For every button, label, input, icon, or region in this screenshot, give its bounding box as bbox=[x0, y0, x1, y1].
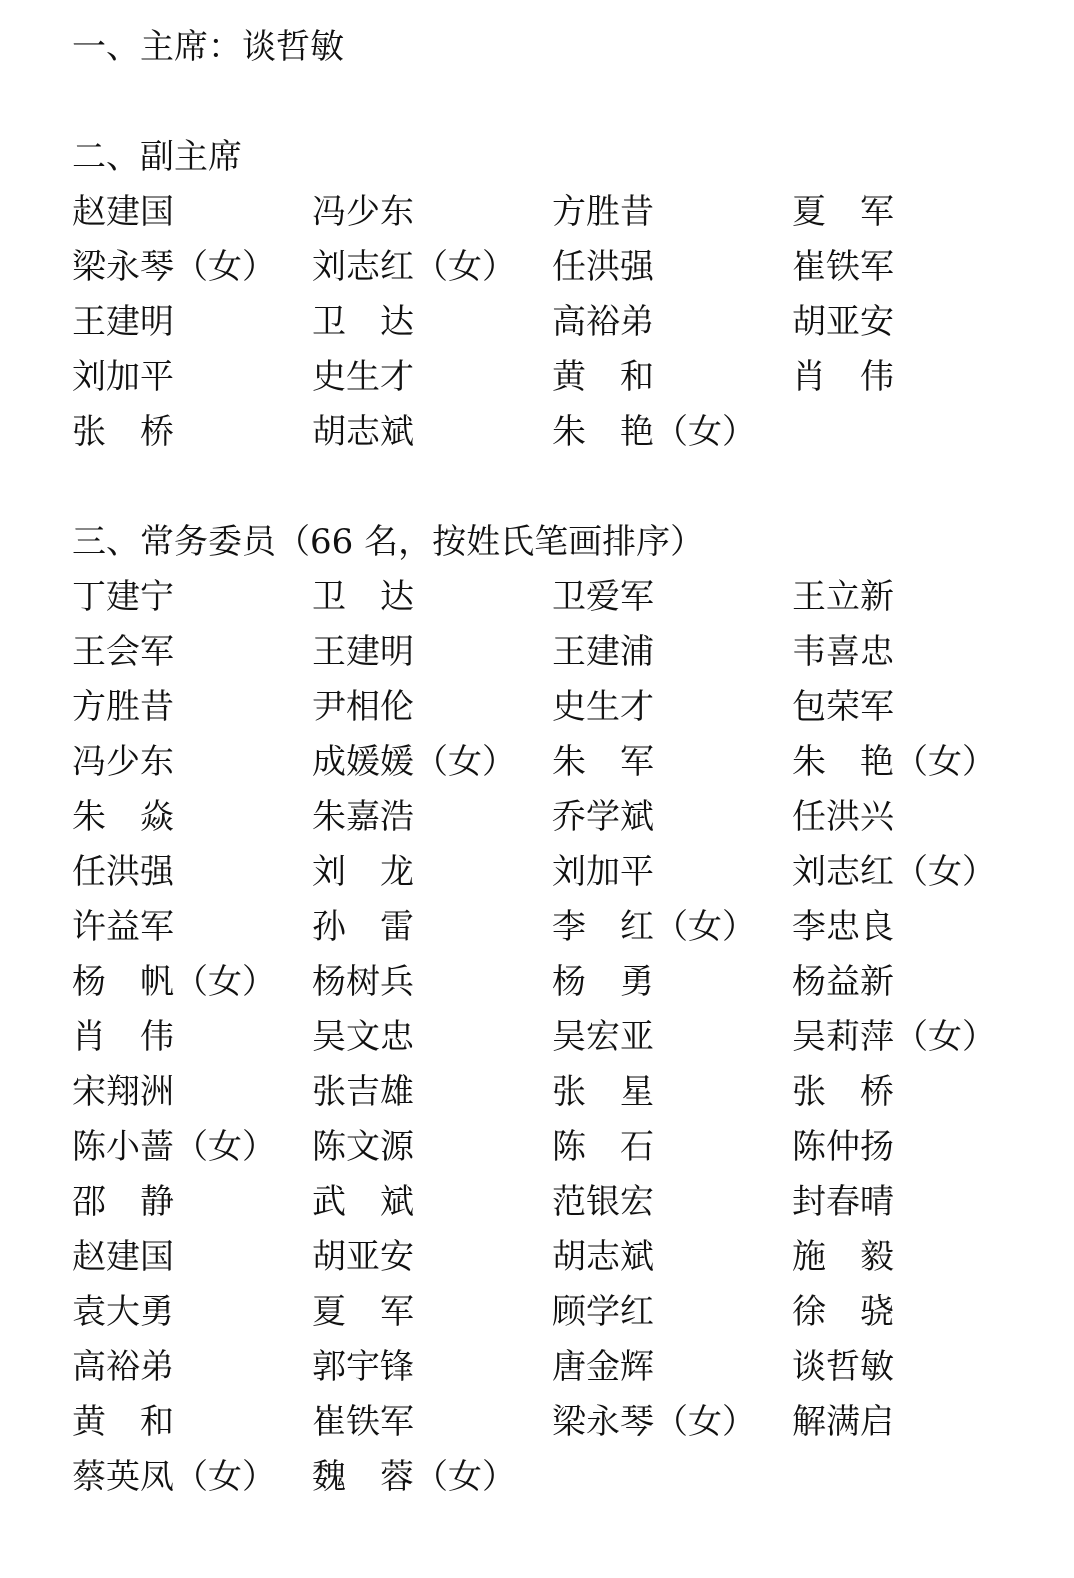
section-heading-standing-committee: 三、常务委员（66 名，按姓氏笔画排序） bbox=[72, 515, 1052, 570]
name-entry: 刘 龙 bbox=[312, 845, 552, 900]
name-entry: 黄 和 bbox=[552, 350, 792, 405]
name-entry: 丁建宁 bbox=[72, 570, 312, 625]
name-entry: 成媛媛（女） bbox=[312, 735, 552, 790]
name-entry: 孙 雷 bbox=[312, 900, 552, 955]
name-entry: 刘志红（女） bbox=[312, 240, 552, 295]
name-entry: 张 星 bbox=[552, 1065, 792, 1120]
name-entry: 刘加平 bbox=[72, 350, 312, 405]
vice-chairmen-name-grid: 赵建国冯少东方胜昔夏 军梁永琴（女）刘志红（女）任洪强崔铁军王建明卫 达高裕弟胡… bbox=[72, 185, 1052, 460]
name-entry: 顾学红 bbox=[552, 1285, 792, 1340]
name-entry: 崔铁军 bbox=[312, 1395, 552, 1450]
name-entry: 梁永琴（女） bbox=[552, 1395, 792, 1450]
name-entry: 任洪兴 bbox=[792, 790, 1032, 845]
name-entry: 肖 伟 bbox=[792, 350, 1032, 405]
name-entry: 邵 静 bbox=[72, 1175, 312, 1230]
name-entry: 高裕弟 bbox=[72, 1340, 312, 1395]
name-entry: 谈哲敏 bbox=[792, 1340, 1032, 1395]
name-entry: 徐 骁 bbox=[792, 1285, 1032, 1340]
name-entry: 陈文源 bbox=[312, 1120, 552, 1175]
name-entry: 朱 艳（女） bbox=[792, 735, 1032, 790]
name-entry: 王会军 bbox=[72, 625, 312, 680]
name-entry: 封春晴 bbox=[792, 1175, 1032, 1230]
name-entry: 魏 蓉（女） bbox=[312, 1450, 552, 1505]
name-entry: 刘加平 bbox=[552, 845, 792, 900]
name-entry: 蔡英凤（女） bbox=[72, 1450, 312, 1505]
name-entry: 吴宏亚 bbox=[552, 1010, 792, 1065]
name-entry: 赵建国 bbox=[72, 185, 312, 240]
name-entry: 陈小蔷（女） bbox=[72, 1120, 312, 1175]
name-entry: 夏 军 bbox=[792, 185, 1032, 240]
section-spacer bbox=[72, 75, 1052, 130]
name-entry: 袁大勇 bbox=[72, 1285, 312, 1340]
section-spacer bbox=[72, 460, 1052, 515]
name-entry: 吴文忠 bbox=[312, 1010, 552, 1065]
name-entry: 冯少东 bbox=[72, 735, 312, 790]
name-entry: 尹相伦 bbox=[312, 680, 552, 735]
name-entry: 施 毅 bbox=[792, 1230, 1032, 1285]
name-entry: 张 桥 bbox=[792, 1065, 1032, 1120]
name-entry: 冯少东 bbox=[312, 185, 552, 240]
name-entry: 朱 艳（女） bbox=[552, 405, 792, 460]
name-entry: 胡亚安 bbox=[312, 1230, 552, 1285]
name-entry: 包荣军 bbox=[792, 680, 1032, 735]
name-entry: 乔学斌 bbox=[552, 790, 792, 845]
standing-committee-name-grid: 丁建宁卫 达卫爱军王立新王会军王建明王建浦韦喜忠方胜昔尹相伦史生才包荣军冯少东成… bbox=[72, 570, 1052, 1505]
name-entry: 胡志斌 bbox=[552, 1230, 792, 1285]
name-entry: 武 斌 bbox=[312, 1175, 552, 1230]
name-entry: 史生才 bbox=[552, 680, 792, 735]
name-entry: 宋翔洲 bbox=[72, 1065, 312, 1120]
name-entry: 朱 焱 bbox=[72, 790, 312, 845]
name-entry: 黄 和 bbox=[72, 1395, 312, 1450]
name-entry: 唐金辉 bbox=[552, 1340, 792, 1395]
name-entry: 王立新 bbox=[792, 570, 1032, 625]
name-entry: 任洪强 bbox=[72, 845, 312, 900]
name-entry: 胡志斌 bbox=[312, 405, 552, 460]
name-entry: 梁永琴（女） bbox=[72, 240, 312, 295]
name-entry: 卫 达 bbox=[312, 295, 552, 350]
name-entry: 朱 军 bbox=[552, 735, 792, 790]
name-entry: 范银宏 bbox=[552, 1175, 792, 1230]
section-heading-vice-chairmen: 二、副主席 bbox=[72, 130, 1052, 185]
name-entry: 王建明 bbox=[312, 625, 552, 680]
name-entry: 陈 石 bbox=[552, 1120, 792, 1175]
name-entry: 史生才 bbox=[312, 350, 552, 405]
name-entry: 高裕弟 bbox=[552, 295, 792, 350]
name-entry: 夏 军 bbox=[312, 1285, 552, 1340]
name-entry: 杨 帆（女） bbox=[72, 955, 312, 1010]
document-page: 一、主席：谈哲敏 二、副主席 赵建国冯少东方胜昔夏 军梁永琴（女）刘志红（女）任… bbox=[72, 20, 1052, 1505]
name-entry: 卫爱军 bbox=[552, 570, 792, 625]
name-entry: 李忠良 bbox=[792, 900, 1032, 955]
name-entry: 卫 达 bbox=[312, 570, 552, 625]
name-entry: 陈仲扬 bbox=[792, 1120, 1032, 1175]
name-entry: 杨树兵 bbox=[312, 955, 552, 1010]
name-entry: 吴莉萍（女） bbox=[792, 1010, 1032, 1065]
name-entry: 郭宇锋 bbox=[312, 1340, 552, 1395]
name-entry: 赵建国 bbox=[72, 1230, 312, 1285]
name-entry: 杨益新 bbox=[792, 955, 1032, 1010]
name-entry: 方胜昔 bbox=[72, 680, 312, 735]
name-entry: 崔铁军 bbox=[792, 240, 1032, 295]
name-entry: 王建浦 bbox=[552, 625, 792, 680]
name-entry: 许益军 bbox=[72, 900, 312, 955]
section-heading-chairman: 一、主席：谈哲敏 bbox=[72, 20, 1052, 75]
name-entry: 王建明 bbox=[72, 295, 312, 350]
name-entry: 胡亚安 bbox=[792, 295, 1032, 350]
name-entry: 方胜昔 bbox=[552, 185, 792, 240]
name-entry: 韦喜忠 bbox=[792, 625, 1032, 680]
name-entry: 李 红（女） bbox=[552, 900, 792, 955]
name-entry: 张 桥 bbox=[72, 405, 312, 460]
name-entry: 任洪强 bbox=[552, 240, 792, 295]
name-entry: 肖 伟 bbox=[72, 1010, 312, 1065]
name-entry: 刘志红（女） bbox=[792, 845, 1032, 900]
name-entry: 张吉雄 bbox=[312, 1065, 552, 1120]
name-entry: 朱嘉浩 bbox=[312, 790, 552, 845]
name-entry: 解满启 bbox=[792, 1395, 1032, 1450]
name-entry: 杨 勇 bbox=[552, 955, 792, 1010]
